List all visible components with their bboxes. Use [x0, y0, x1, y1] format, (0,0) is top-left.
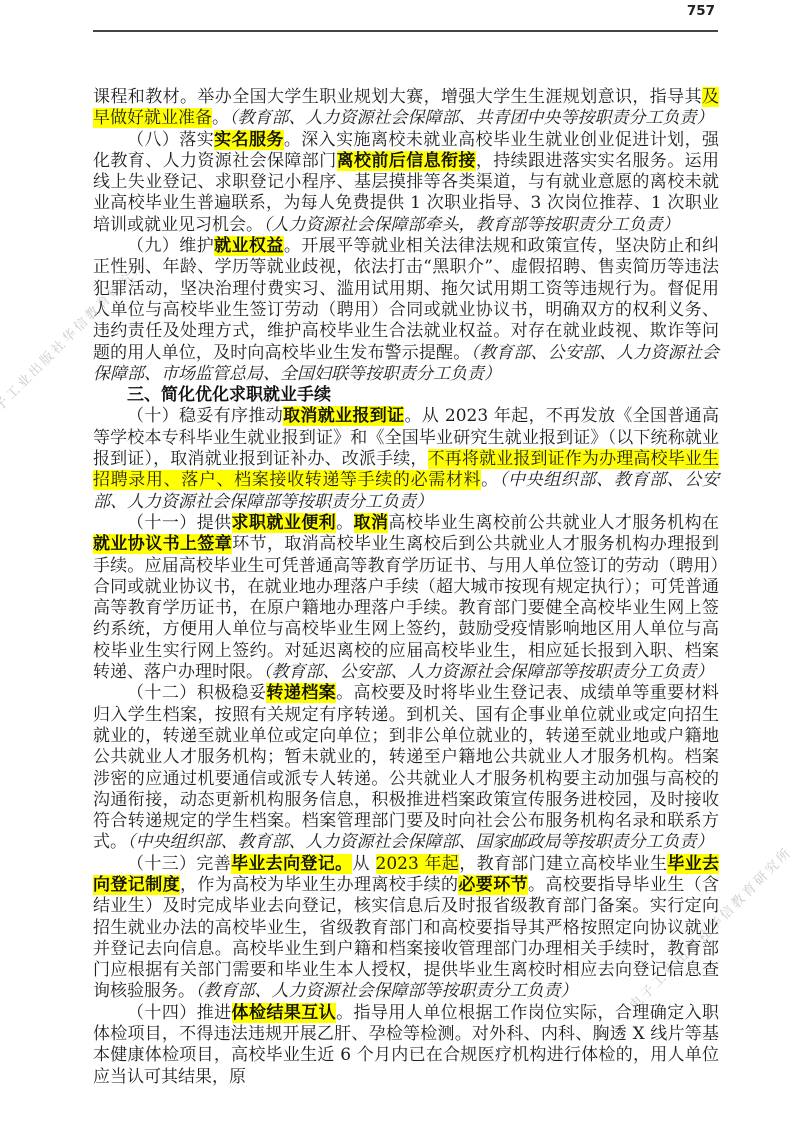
body-text: 三、简化优化求职就业手续: [127, 385, 331, 405]
paragraph-item-11: （十一）提供求职就业便利。取消高校毕业生离校前公共就业人才服务机构在就业协议书上…: [93, 513, 719, 683]
body-text: 。高校要及时将毕业生登记表、成绩单等重要材料归入学生档案，按照有关规定有序转递。…: [93, 683, 719, 852]
paragraph-item-12: （十二）积极稳妥转递档案。高校要及时将毕业生登记表、成绩单等重要材料归入学生档案…: [93, 683, 719, 853]
highlighted-text: 必要环节: [458, 875, 528, 895]
body-text: （八）落实: [127, 130, 214, 150]
body-text: 课程和教材。举办全国大学生职业规划大赛，增强大学生生涯规划意识，指导其: [93, 87, 702, 107]
attribution-text: （中央组织部、教育部、人力资源社会保障部、国家邮政局等按职责分工负责）: [127, 832, 714, 852]
body-text: （十四）推进: [127, 1003, 232, 1023]
paragraph-item-10: （十）稳妥有序推动取消就业报到证。从 2023 年起，不再发放《全国普通高等学校…: [93, 406, 719, 512]
body-text: 环节，取消高校毕业生离校后到公共就业人才服务机构办理报到手续。应届高校毕业生可凭…: [93, 534, 719, 682]
header-rule: [93, 30, 718, 32]
highlighted-text: 求职就业便利: [232, 513, 337, 533]
highlighted-text: 毕业去向登记。: [231, 854, 352, 874]
body-text: 从: [352, 854, 375, 874]
paragraph-item-13: （十三）完善毕业去向登记。从 2023 年起，教育部门建立高校毕业生毕业去向登记…: [93, 854, 719, 1003]
body-text: 。: [212, 108, 229, 128]
highlighted-text: 取消就业报到证: [283, 406, 404, 426]
attribution-text: （教育部、人力资源社会保障部、共青团中央等按职责分工负责）: [229, 108, 714, 128]
highlighted-text: 就业协议书上签章: [93, 534, 232, 554]
section-heading-3: 三、简化优化求职就业手续: [93, 385, 719, 406]
highlighted-text: 就业权益: [214, 236, 284, 256]
body-text: （十三）完善: [127, 854, 231, 874]
highlighted-text: 离校前后信息衔接: [337, 151, 476, 171]
document-page: 757 电子工业出版社华信教育研究所 电子工业出版社华信教育研究所 课程和教材。…: [0, 0, 793, 1122]
attribution-text: （教育部、人力资源社会保障部等按职责分工负责）: [195, 981, 578, 1001]
attribution-text: （教育部、公安部、人力资源社会保障部等按职责分工负责）: [263, 662, 714, 682]
page-number: 757: [687, 3, 715, 19]
document-body: 课程和教材。举办全国大学生职业规划大赛，增强大学生生涯规划意识，指导其及早做好就…: [93, 87, 719, 1088]
body-text: 高校毕业生离校前公共就业人才服务机构在: [388, 513, 719, 533]
paragraph-item-14: （十四）推进体检结果互认。指导用人单位根据工作岗位实际，合理确定入职体检项目，不…: [93, 1003, 719, 1088]
body-text: ，教育部门建立高校毕业生: [459, 854, 667, 874]
paragraph-item-8: （八）落实实名服务。深入实施离校未就业高校毕业生就业创业促进计划，强化教育、人力…: [93, 130, 719, 236]
highlighted-text: 转递档案: [266, 683, 336, 703]
body-text: ，作为高校为毕业生办理离校手续的: [180, 875, 458, 895]
body-text: 。: [336, 513, 353, 533]
body-text: （十二）积极稳妥: [127, 683, 266, 703]
highlighted-text: 2023 年起: [376, 854, 460, 874]
highlighted-text: 取消: [354, 513, 389, 533]
body-text: （十）稳妥有序推动: [127, 406, 283, 426]
paragraph-item-9: （九）维护就业权益。开展平等就业相关法律法规和政策宣传，坚决防止和纠正性别、年龄…: [93, 236, 719, 385]
highlighted-text: 体检结果互认: [232, 1003, 337, 1023]
attribution-text: （人力资源社会保障部牵头，教育部等按职责分工负责）: [263, 215, 680, 235]
highlighted-text: 实名服务: [214, 130, 284, 150]
body-text: （九）维护: [127, 236, 214, 256]
paragraph-continuation: 课程和教材。举办全国大学生职业规划大赛，增强大学生生涯规划意识，指导其及早做好就…: [93, 87, 719, 130]
body-text: （十一）提供: [127, 513, 232, 533]
body-text: 。: [481, 470, 499, 490]
